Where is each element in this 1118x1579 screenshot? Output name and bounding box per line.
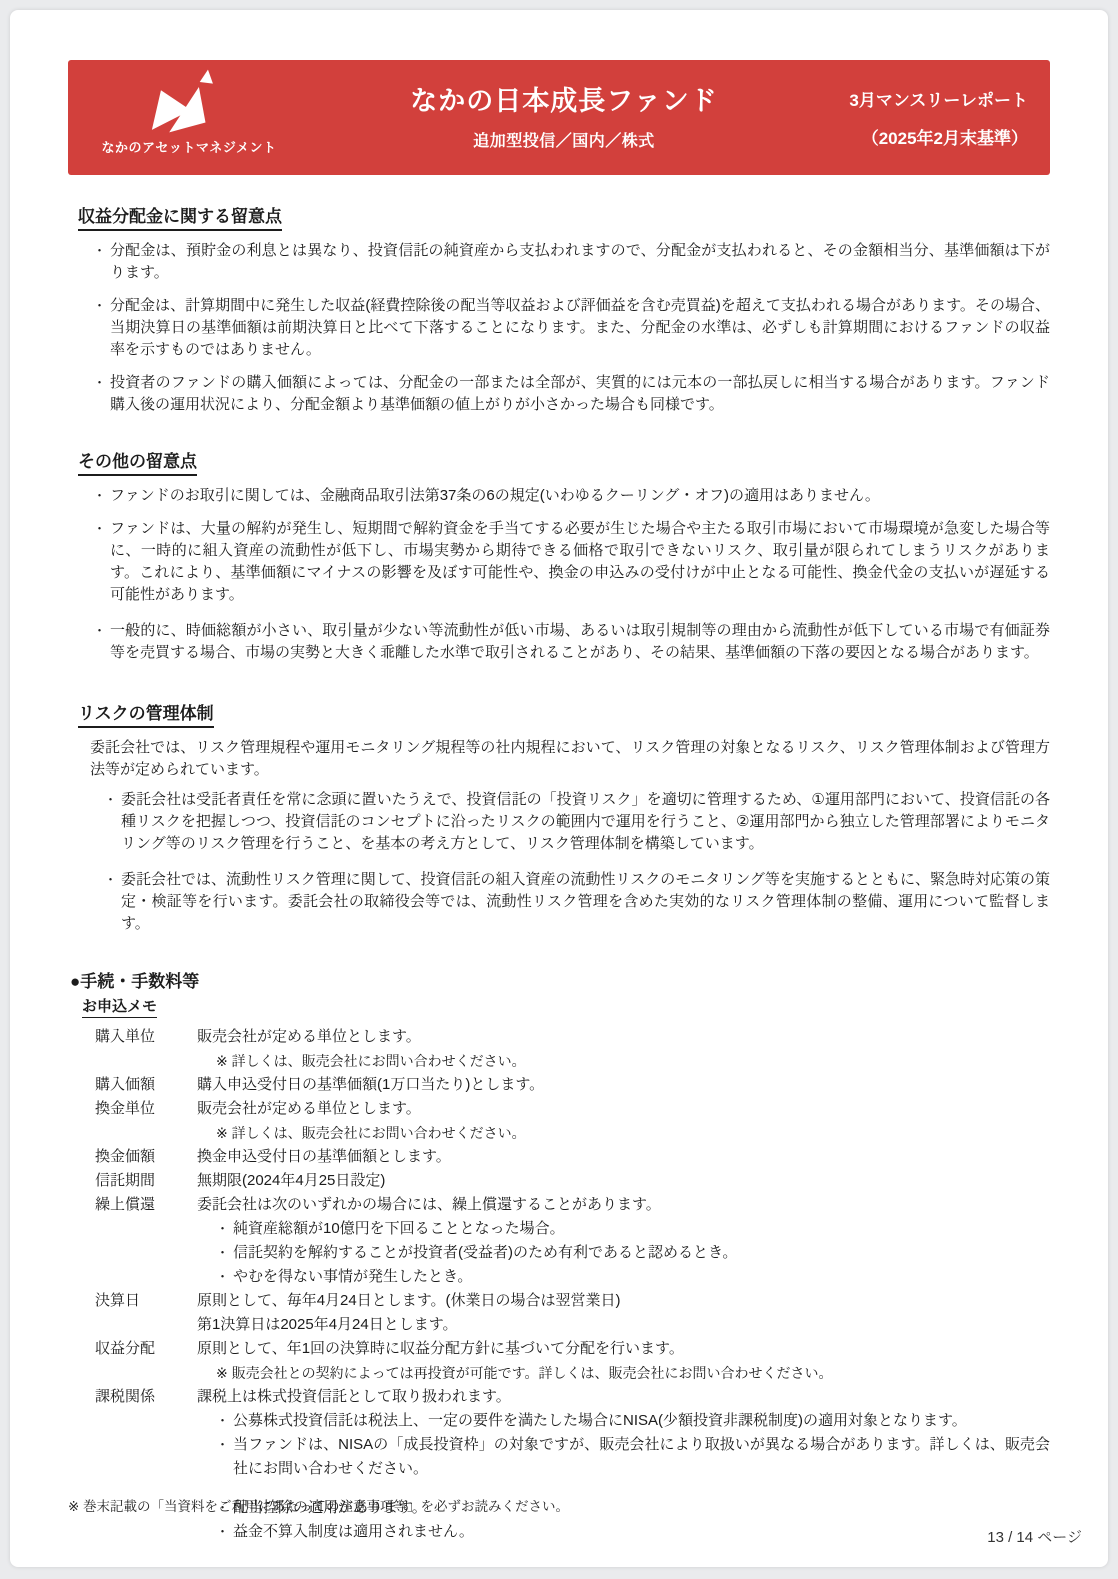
row-label: 換金価額 (95, 1145, 197, 1169)
other-notes-list: ファンドのお取引に関しては、金融商品取引法第37条の6の規定(いわゆるクーリング… (93, 485, 1050, 664)
row-label: 繰上償還 (95, 1193, 197, 1217)
list-item-text: やむを得ない事情が発生したとき。 (233, 1265, 1050, 1289)
list-item-text: 委託会社では、流動性リスク管理に関して、投資信託の組入資産の流動性リスクのモニタ… (121, 869, 1050, 935)
row-value: 原則として、年1回の決算時に収益分配方針に基づいて分配を行います。 ※ 販売会社… (197, 1337, 1050, 1385)
section-other-notes: その他の留意点 ファンドのお取引に関しては、金融商品取引法第37条の6の規定(い… (78, 446, 1050, 664)
list-item-text: ファンドは、大量の解約が発生し、短期間で解約資金を手当てする必要が生じた場合や主… (110, 518, 1050, 606)
list-item: 益金不算入制度は適用されません。 (197, 1520, 1050, 1544)
dividend-notes-list: 分配金は、預貯金の利息とは異なり、投資信託の純資産から支払われますので、分配金が… (93, 240, 1050, 416)
list-item-text: 信託契約を解約することが投資者(受益者)のため有利であると認めるとき。 (233, 1241, 1050, 1265)
application-memo-table: 購入単位 販売会社が定める単位とします。 ※ 詳しくは、販売会社にお問い合わせく… (95, 1025, 1050, 1544)
risk-management-intro: 委託会社では、リスク管理規程や運用モニタリング規程等の社内規程において、リスク管… (90, 737, 1050, 781)
row-text: 販売会社が定める単位とします。 (197, 1025, 1050, 1049)
row-label: 信託期間 (95, 1169, 197, 1193)
list-item-text: 投資者のファンドの購入価額によっては、分配金の一部または全部が、実質的には元本の… (110, 372, 1050, 416)
row-label: 購入単位 (95, 1025, 197, 1049)
list-item-text: 純資産総額が10億円を下回ることとなった場合。 (233, 1217, 1050, 1241)
report-basis-date: （2025年2月末基準） (862, 124, 1028, 149)
list-item: 信託契約を解約することが投資者(受益者)のため有利であると認めるとき。 (197, 1241, 1050, 1265)
row-value: 換金申込受付日の基準価額とします。 (197, 1145, 1050, 1169)
row-text: 課税上は株式投資信託として取り扱われます。 (197, 1385, 1050, 1409)
risk-management-list: 委託会社は受託者責任を常に念頭に置いたうえで、投資信託の「投資リスク」を適切に管… (104, 789, 1050, 935)
brand-name: なかのアセットマネジメント (102, 137, 277, 156)
row-text: 購入申込受付日の基準価額(1万口当たり)とします。 (197, 1073, 1050, 1097)
page-number: 13 / 14 ページ (987, 1526, 1082, 1547)
table-row-purchase-price: 購入価額 購入申込受付日の基準価額(1万口当たり)とします。 (95, 1073, 1050, 1097)
table-row-settlement-date: 決算日 原則として、毎年4月24日とします。(休業日の場合は翌営業日) 第1決算… (95, 1289, 1050, 1337)
fund-category: 追加型投信／国内／株式 (473, 128, 655, 151)
procedures-heading: ●手続・手数料等 (70, 967, 1050, 992)
row-text: 販売会社が定める単位とします。 (197, 1097, 1050, 1121)
row-text: 無期限(2024年4月25日設定) (197, 1169, 1050, 1193)
list-item: 委託会社では、流動性リスク管理に関して、投資信託の組入資産の流動性リスクのモニタ… (104, 869, 1050, 935)
nakano-logo-icon (137, 68, 241, 134)
footer-disclaimer: ※ 巻末記載の「当資料をご利用にあたっての注意事項等」を必ずお読みください。 (68, 1495, 569, 1515)
list-item-text: 分配金は、預貯金の利息とは異なり、投資信託の純資産から支払われますので、分配金が… (110, 240, 1050, 284)
row-label: 収益分配 (95, 1337, 197, 1361)
list-item: 一般的に、時価総額が小さい、取引量が少ない等流動性が低い市場、あるいは取引規制等… (93, 620, 1050, 664)
row-value: 購入申込受付日の基準価額(1万口当たり)とします。 (197, 1073, 1050, 1097)
section-dividend-notes: 収益分配金に関する留意点 分配金は、預貯金の利息とは異なり、投資信託の純資産から… (78, 201, 1050, 416)
fund-title-block: なかの日本成長ファンド 追加型投信／国内／株式 (310, 60, 818, 175)
list-item-text: 委託会社は受託者責任を常に念頭に置いたうえで、投資信託の「投資リスク」を適切に管… (121, 789, 1050, 855)
other-notes-heading: その他の留意点 (78, 451, 197, 476)
row-note: ※ 販売会社との契約によっては再投資が可能です。詳しくは、販売会社にお問い合わせ… (197, 1361, 1050, 1385)
row-label: 換金単位 (95, 1097, 197, 1121)
table-row-taxation: 課税関係 課税上は株式投資信託として取り扱われます。 公募株式投資信託は税法上、… (95, 1385, 1050, 1544)
row-label: 購入価額 (95, 1073, 197, 1097)
row-note: ※ 詳しくは、販売会社にお問い合わせください。 (197, 1049, 1050, 1073)
table-row-redemption-unit: 換金単位 販売会社が定める単位とします。 ※ 詳しくは、販売会社にお問い合わせく… (95, 1097, 1050, 1145)
row-label: 課税関係 (95, 1385, 197, 1409)
list-item: 当ファンドは、NISAの「成長投資枠」の対象ですが、販売会社により取扱いが異なる… (197, 1433, 1050, 1481)
brand-block: なかのアセットマネジメント (68, 60, 310, 175)
section-risk-management: リスクの管理体制 委託会社では、リスク管理規程や運用モニタリング規程等の社内規程… (78, 698, 1050, 935)
row-text: 換金申込受付日の基準価額とします。 (197, 1145, 1050, 1169)
table-row-early-redemption: 繰上償還 委託会社は次のいずれかの場合には、繰上償還することがあります。 純資産… (95, 1193, 1050, 1289)
list-item-text: 公募株式投資信託は税法上、一定の要件を満たした場合にNISA(少額投資非課税制度… (233, 1409, 1050, 1433)
row-value: 委託会社は次のいずれかの場合には、繰上償還することがあります。 純資産総額が10… (197, 1193, 1050, 1289)
row-text: 原則として、毎年4月24日とします。(休業日の場合は翌営業日) (197, 1289, 1050, 1313)
list-item-text: 分配金は、計算期間中に発生した収益(経費控除後の配当等収益および評価益を含む売買… (110, 295, 1050, 361)
table-row-redemption-price: 換金価額 換金申込受付日の基準価額とします。 (95, 1145, 1050, 1169)
report-month-label: 3月マンスリーレポート (849, 86, 1028, 111)
row-text: 原則として、年1回の決算時に収益分配方針に基づいて分配を行います。 (197, 1337, 1050, 1361)
dividend-notes-heading: 収益分配金に関する留意点 (78, 206, 282, 231)
list-item-text: ファンドのお取引に関しては、金融商品取引法第37条の6の規定(いわゆるクーリング… (110, 485, 1050, 507)
list-item: 純資産総額が10億円を下回ることとなった場合。 (197, 1217, 1050, 1241)
list-item-text: 益金不算入制度は適用されません。 (233, 1520, 1050, 1544)
fund-title: なかの日本成長ファンド (410, 86, 717, 117)
report-meta-block: 3月マンスリーレポート （2025年2月末基準） (818, 60, 1050, 175)
table-row-purchase-unit: 購入単位 販売会社が定める単位とします。 ※ 詳しくは、販売会社にお問い合わせく… (95, 1025, 1050, 1073)
list-item: 分配金は、計算期間中に発生した収益(経費控除後の配当等収益および評価益を含む売買… (93, 295, 1050, 361)
section-heading: 収益分配金に関する留意点 (78, 201, 1050, 231)
risk-management-heading: リスクの管理体制 (78, 703, 214, 728)
row-text: 委託会社は次のいずれかの場合には、繰上償還することがあります。 (197, 1193, 1050, 1217)
section-heading: リスクの管理体制 (78, 698, 1050, 728)
row-label: 決算日 (95, 1289, 197, 1313)
row-value: 販売会社が定める単位とします。 ※ 詳しくは、販売会社にお問い合わせください。 (197, 1025, 1050, 1073)
row-value: 無期限(2024年4月25日設定) (197, 1169, 1050, 1193)
row-value: 原則として、毎年4月24日とします。(休業日の場合は翌営業日) 第1決算日は20… (197, 1289, 1050, 1337)
row-text: 第1決算日は2025年4月24日とします。 (197, 1313, 1050, 1337)
table-row-trust-period: 信託期間 無期限(2024年4月25日設定) (95, 1169, 1050, 1193)
section-heading: その他の留意点 (78, 446, 1050, 476)
report-page: なかのアセットマネジメント なかの日本成長ファンド 追加型投信／国内／株式 3月… (10, 10, 1108, 1567)
list-item-text: 当ファンドは、NISAの「成長投資枠」の対象ですが、販売会社により取扱いが異なる… (233, 1433, 1050, 1481)
section-procedures: ●手続・手数料等 お申込メモ 購入単位 販売会社が定める単位とします。 ※ 詳し… (68, 967, 1050, 1544)
row-value: 課税上は株式投資信託として取り扱われます。 公募株式投資信託は税法上、一定の要件… (197, 1385, 1050, 1544)
list-item: 投資者のファンドの購入価額によっては、分配金の一部または全部が、実質的には元本の… (93, 372, 1050, 416)
row-note: ※ 詳しくは、販売会社にお問い合わせください。 (197, 1121, 1050, 1145)
header-banner: なかのアセットマネジメント なかの日本成長ファンド 追加型投信／国内／株式 3月… (68, 60, 1050, 175)
list-item: ファンドのお取引に関しては、金融商品取引法第37条の6の規定(いわゆるクーリング… (93, 485, 1050, 507)
list-item: ファンドは、大量の解約が発生し、短期間で解約資金を手当てする必要が生じた場合や主… (93, 518, 1050, 606)
list-item: 分配金は、預貯金の利息とは異なり、投資信託の純資産から支払われますので、分配金が… (93, 240, 1050, 284)
list-item: やむを得ない事情が発生したとき。 (197, 1265, 1050, 1289)
list-item: 公募株式投資信託は税法上、一定の要件を満たした場合にNISA(少額投資非課税制度… (197, 1409, 1050, 1433)
application-memo-heading: お申込メモ (82, 995, 157, 1018)
list-item-text: 一般的に、時価総額が小さい、取引量が少ない等流動性が低い市場、あるいは取引規制等… (110, 620, 1050, 664)
table-row-distribution: 収益分配 原則として、年1回の決算時に収益分配方針に基づいて分配を行います。 ※… (95, 1337, 1050, 1385)
row-value: 販売会社が定める単位とします。 ※ 詳しくは、販売会社にお問い合わせください。 (197, 1097, 1050, 1145)
list-item: 委託会社は受託者責任を常に念頭に置いたうえで、投資信託の「投資リスク」を適切に管… (104, 789, 1050, 855)
